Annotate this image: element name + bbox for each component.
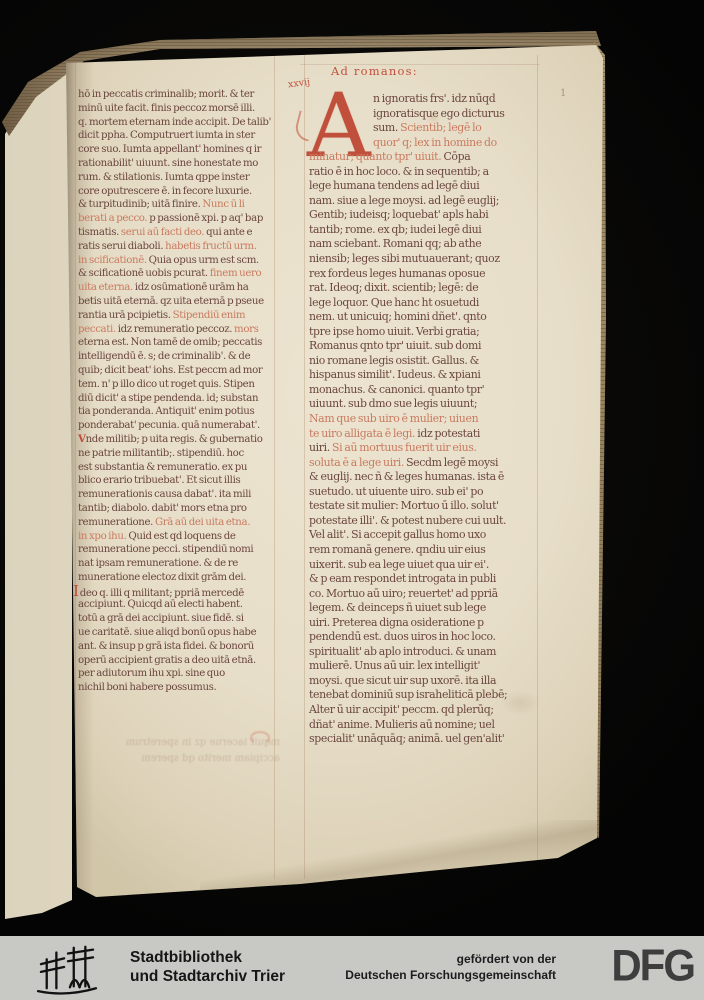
manuscript-text-line: intelligendū ē. s; de criminalib'. & de bbox=[78, 350, 276, 364]
manuscript-text-line: specialit' unāquāq; animā. uel gen'alit' bbox=[309, 732, 535, 747]
manuscript-text-line: remunerationis causa dabat'. ita mili bbox=[78, 488, 276, 502]
manuscript-text-line: rum. & stilationis. Iumta qppe inster bbox=[78, 171, 276, 185]
bleed-through-line: accipiam merito qd sperem bbox=[80, 751, 280, 767]
manuscript-text-line: rat. Ideoq; dixit. scientib; legē: de bbox=[309, 281, 535, 296]
manuscript-text-line: Nam que sub uiro ē mulier; uiuen bbox=[309, 412, 535, 427]
manuscript-text-line: tantib; diabolo. dabit' mors etna pro bbox=[78, 502, 276, 516]
manuscript-text-line: & euglij. nec ñ & leges humanas. ista ē bbox=[309, 470, 535, 485]
library-name-line1: Stadtbibliothek bbox=[130, 948, 285, 967]
manuscript-text-line: quor' q; lex in homine do bbox=[309, 136, 535, 151]
manuscript-text-line: tia ponderanda. Antiquit' enim potius bbox=[78, 405, 276, 419]
manuscript-text-line: ne patrie militantib;. stipendiū. hoc bbox=[78, 447, 276, 461]
manuscript-text-line: operū accipient gratis a deo uitā etnā. bbox=[78, 654, 276, 668]
manuscript-text-line: & scificationē uobis pcurat. finem uero bbox=[78, 267, 276, 281]
manuscript-text-line: rationabilit' uiuunt. sine honestate mo bbox=[78, 157, 276, 171]
manuscript-text-line: niensib; leges sibi mutuauerant; quoz bbox=[309, 252, 535, 267]
manuscript-text-line: rem romanā genere. qndiu uir eius bbox=[309, 543, 535, 558]
manuscript-text-line: nam. siue a lege moysi. ad legē euglij; bbox=[309, 194, 535, 209]
manuscript-text-line: eterna est. Non tamē de omib; peccatis bbox=[78, 336, 276, 350]
manuscript-text-line: tpre ipse homo uiuit. Verbi gratia; bbox=[309, 325, 535, 340]
manuscript-text-line: berati a pecco. p passionē xpi. p aq' ba… bbox=[78, 212, 276, 226]
manuscript-text-line: ponderabat' pecunia. quā numerabat'. bbox=[78, 419, 276, 433]
manuscript-text-line: ant. & insup p grā ista fidei. & bonorū bbox=[78, 640, 276, 654]
manuscript-text-line: tismatis. serui aū facti deo. qui ante e bbox=[78, 226, 276, 240]
manuscript-text-line: diū dicit' a stipe pendenda. id; substan bbox=[78, 392, 276, 406]
stadtbibliothek-trier-logo-icon bbox=[22, 940, 112, 996]
manuscript-text-line: blico erario tribuebat'. Et sicut illis bbox=[78, 474, 276, 488]
manuscript-text-line: hō in peccatis criminalib; morit. & ter bbox=[78, 88, 276, 102]
manuscript-text-line: & turpitudinib; uitā finire. Nunc ū li bbox=[78, 198, 276, 212]
library-name-line2: und Stadtarchiv Trier bbox=[130, 967, 285, 986]
manuscript-text-line: Ideo q. illi q militant; ppriā mercedē bbox=[78, 585, 276, 599]
manuscript-text-line: tenebat dominiū sup israheliticā plebē; bbox=[309, 688, 535, 703]
manuscript-text-line: core suo. Iumta appellant' homines q ir bbox=[78, 143, 276, 157]
manuscript-text-line: per adiutorum ihu xpi. sine quo bbox=[78, 667, 276, 681]
manuscript-column-right: n ignoratis frs'. idz nūqdignoratisque e… bbox=[309, 92, 535, 747]
manuscript-text-line: nichil boni habere possumus. bbox=[78, 681, 276, 695]
manuscript-text-line: spiritualit' ab aplo introduci. & unam bbox=[309, 645, 535, 660]
manuscript-text-line: monachus. & canonici. quanto tpr' bbox=[309, 383, 535, 398]
manuscript-column-left: hō in peccatis criminalib; morit. & term… bbox=[78, 88, 276, 695]
manuscript-text-line: uixerit. sub ea lege uiuet qua uir ei'. bbox=[309, 558, 535, 573]
manuscript-text-line: core oputrescere ē. in fecore luxurie. bbox=[78, 185, 276, 199]
ruling-line bbox=[75, 55, 76, 879]
dfg-logo: DFG bbox=[611, 941, 694, 991]
manuscript-text-line: in xpo ihu. Quid est qd loquens de bbox=[78, 530, 276, 544]
manuscript-text-line: betis uitā eternā. qz uita eternā p pseu… bbox=[78, 295, 276, 309]
manuscript-text-line: Gentib; iudeisq; loquebat' apls habi bbox=[309, 208, 535, 223]
manuscript-text-line: rantia urā pcipietis. Stipendiū enim bbox=[78, 309, 276, 323]
manuscript-text-line: quib; dicit beat' iohs. Est peccm ad mor bbox=[78, 364, 276, 378]
ruling-line bbox=[304, 55, 305, 879]
manuscript-text-line: accipiunt. Quicqd aū electi habent. bbox=[78, 598, 276, 612]
manuscript-text-line: tantib; rome. ex qb; iudei legē diui bbox=[309, 223, 535, 238]
manuscript-text-line: Vnde militib; p uita regis. & gubernatio bbox=[78, 433, 276, 447]
manuscript-text-line: hispanus similit'. Iudeus. & xpiani bbox=[309, 368, 535, 383]
manuscript-text-line: uiuunt. sub dmo sue legis uiuunt; bbox=[309, 397, 535, 412]
manuscript-text-line: nio romane legis osistit. Gallus. & bbox=[309, 354, 535, 369]
manuscript-text-line: minatur; quanto tpr' uiuit. Cōpa bbox=[309, 150, 535, 165]
manuscript-text-line: dñat' anime. Mulieris aū nomine; uel bbox=[309, 718, 535, 733]
manuscript-text-line: suetudo. ut uiuente uiro. sub ei' po bbox=[309, 485, 535, 500]
manuscript-text-line: soluta ē a lege uiri. Secdm legē moysi bbox=[309, 456, 535, 471]
manuscript-text-line: & p eam respondet introgata in publi bbox=[309, 572, 535, 587]
manuscript-text-line: Vel alit'. Si accepit gallus homo uxo bbox=[309, 528, 535, 543]
manuscript-text-line: q. mortem eternam inde accipit. De talib… bbox=[78, 116, 276, 130]
manuscript-text-line: minū uite facit. finis peccoz morsē illi… bbox=[78, 102, 276, 116]
manuscript-text-line: remuneratione pecci. stipendiū nomi bbox=[78, 543, 276, 557]
manuscript-text-line: ratio ē in hoc loco. & in sequentib; a bbox=[309, 165, 535, 180]
manuscript-text-line: n ignoratis frs'. idz nūqd bbox=[309, 92, 535, 107]
manuscript-text-line: nat ipsam remuneratione. & de re bbox=[78, 557, 276, 571]
funding-line2: Deutschen Forschungsgemeinschaft bbox=[345, 967, 556, 983]
manuscript-text-line: tem. n' p illo dico ut roget quis. Stipe… bbox=[78, 378, 276, 392]
manuscript-text-line: remuneratione. Grā aū dei uita etna. bbox=[78, 516, 276, 530]
manuscript-text-line: nam sciebant. Romani qq; ab athe bbox=[309, 237, 535, 252]
footer-banner: Stadtbibliothek und Stadtarchiv Trier ge… bbox=[0, 936, 704, 1000]
manuscript-text-line: moysi. que sicut uir sup uxorē. ita illa bbox=[309, 674, 535, 689]
manuscript-text-line: ue caritatē. siue aliqd bonū opus habe bbox=[78, 626, 276, 640]
manuscript-text-line: est substantia & remuneratio. ex pu bbox=[78, 461, 276, 475]
manuscript-text-line: Alter ū uir accipit' peccm. qd plerūq; bbox=[309, 703, 535, 718]
bleed-through-flourish bbox=[250, 731, 270, 745]
funding-line1: gefördert von der bbox=[345, 951, 556, 967]
manuscript-text-line: pendendū est. duos uiros in hoc loco. bbox=[309, 630, 535, 645]
manuscript-text-line: peccati. idz remuneratio peccoz. mors bbox=[78, 323, 276, 337]
manuscript-text-line: sum. Scientib; legē lo bbox=[309, 121, 535, 136]
ruling-line bbox=[537, 55, 538, 879]
manuscript-text-line: lege loquor. Que hanc ht osuetudi bbox=[309, 296, 535, 311]
manuscript-text-line: nem. ut unicuiq; homini dñet'. qnto bbox=[309, 310, 535, 325]
manuscript-text-line: uiri. Preterea digna osideratione p bbox=[309, 616, 535, 631]
manuscript-photo: Ad romanos: xxvij 1 A hō in peccatis cri… bbox=[0, 0, 704, 936]
manuscript-text-line: mulierē. Unus aū uir. lex intelligit' bbox=[309, 659, 535, 674]
manuscript-text-line: in scificationē. Quia opus urm est scm. bbox=[78, 254, 276, 268]
screenshot-root: Ad romanos: xxvij 1 A hō in peccatis cri… bbox=[0, 0, 704, 1000]
manuscript-text-line: rex fordeus leges humanas oposue bbox=[309, 267, 535, 282]
manuscript-text-line: uiri. Si aū mortuus fuerit uir eius. bbox=[309, 441, 535, 456]
manuscript-text-line: dicit ppha. Computruert iumta in ster bbox=[78, 129, 276, 143]
manuscript-text-line: muneratione electoz dixit grām dei. bbox=[78, 571, 276, 585]
manuscript-text-line: potestate illi'. & potest nubere cui uul… bbox=[309, 514, 535, 529]
folio-mark: 1 bbox=[560, 88, 566, 99]
manuscript-text-line: lege humana tendens ad legē diui bbox=[309, 179, 535, 194]
manuscript-text-line: ratis serui diaboli. habetis fructū urm. bbox=[78, 240, 276, 254]
library-name: Stadtbibliothek und Stadtarchiv Trier bbox=[130, 948, 285, 986]
manuscript-text-line: legem. & deinceps ñ uiuet sub lege bbox=[309, 601, 535, 616]
manuscript-text-line: Romanus qnto tpr' uiuit. sub domi bbox=[309, 339, 535, 354]
manuscript-text-line: te uiro alligata ē legi. idz potestati bbox=[309, 427, 535, 442]
funding-credit: gefördert von der Deutschen Forschungsge… bbox=[345, 951, 556, 983]
manuscript-text-line: ignoratisque ego dicturus bbox=[309, 107, 535, 122]
manuscript-text-line: uita eterna. idz osūmationē urām ha bbox=[78, 281, 276, 295]
manuscript-text-line: testate sit mulier: Mortuo ū illo. solut… bbox=[309, 499, 535, 514]
manuscript-text-line: totū a grā dei accipiunt. siue fidē. si bbox=[78, 612, 276, 626]
manuscript-text-line: co. Mortuo aū uiro; reuertet' ad ppriā bbox=[309, 587, 535, 602]
